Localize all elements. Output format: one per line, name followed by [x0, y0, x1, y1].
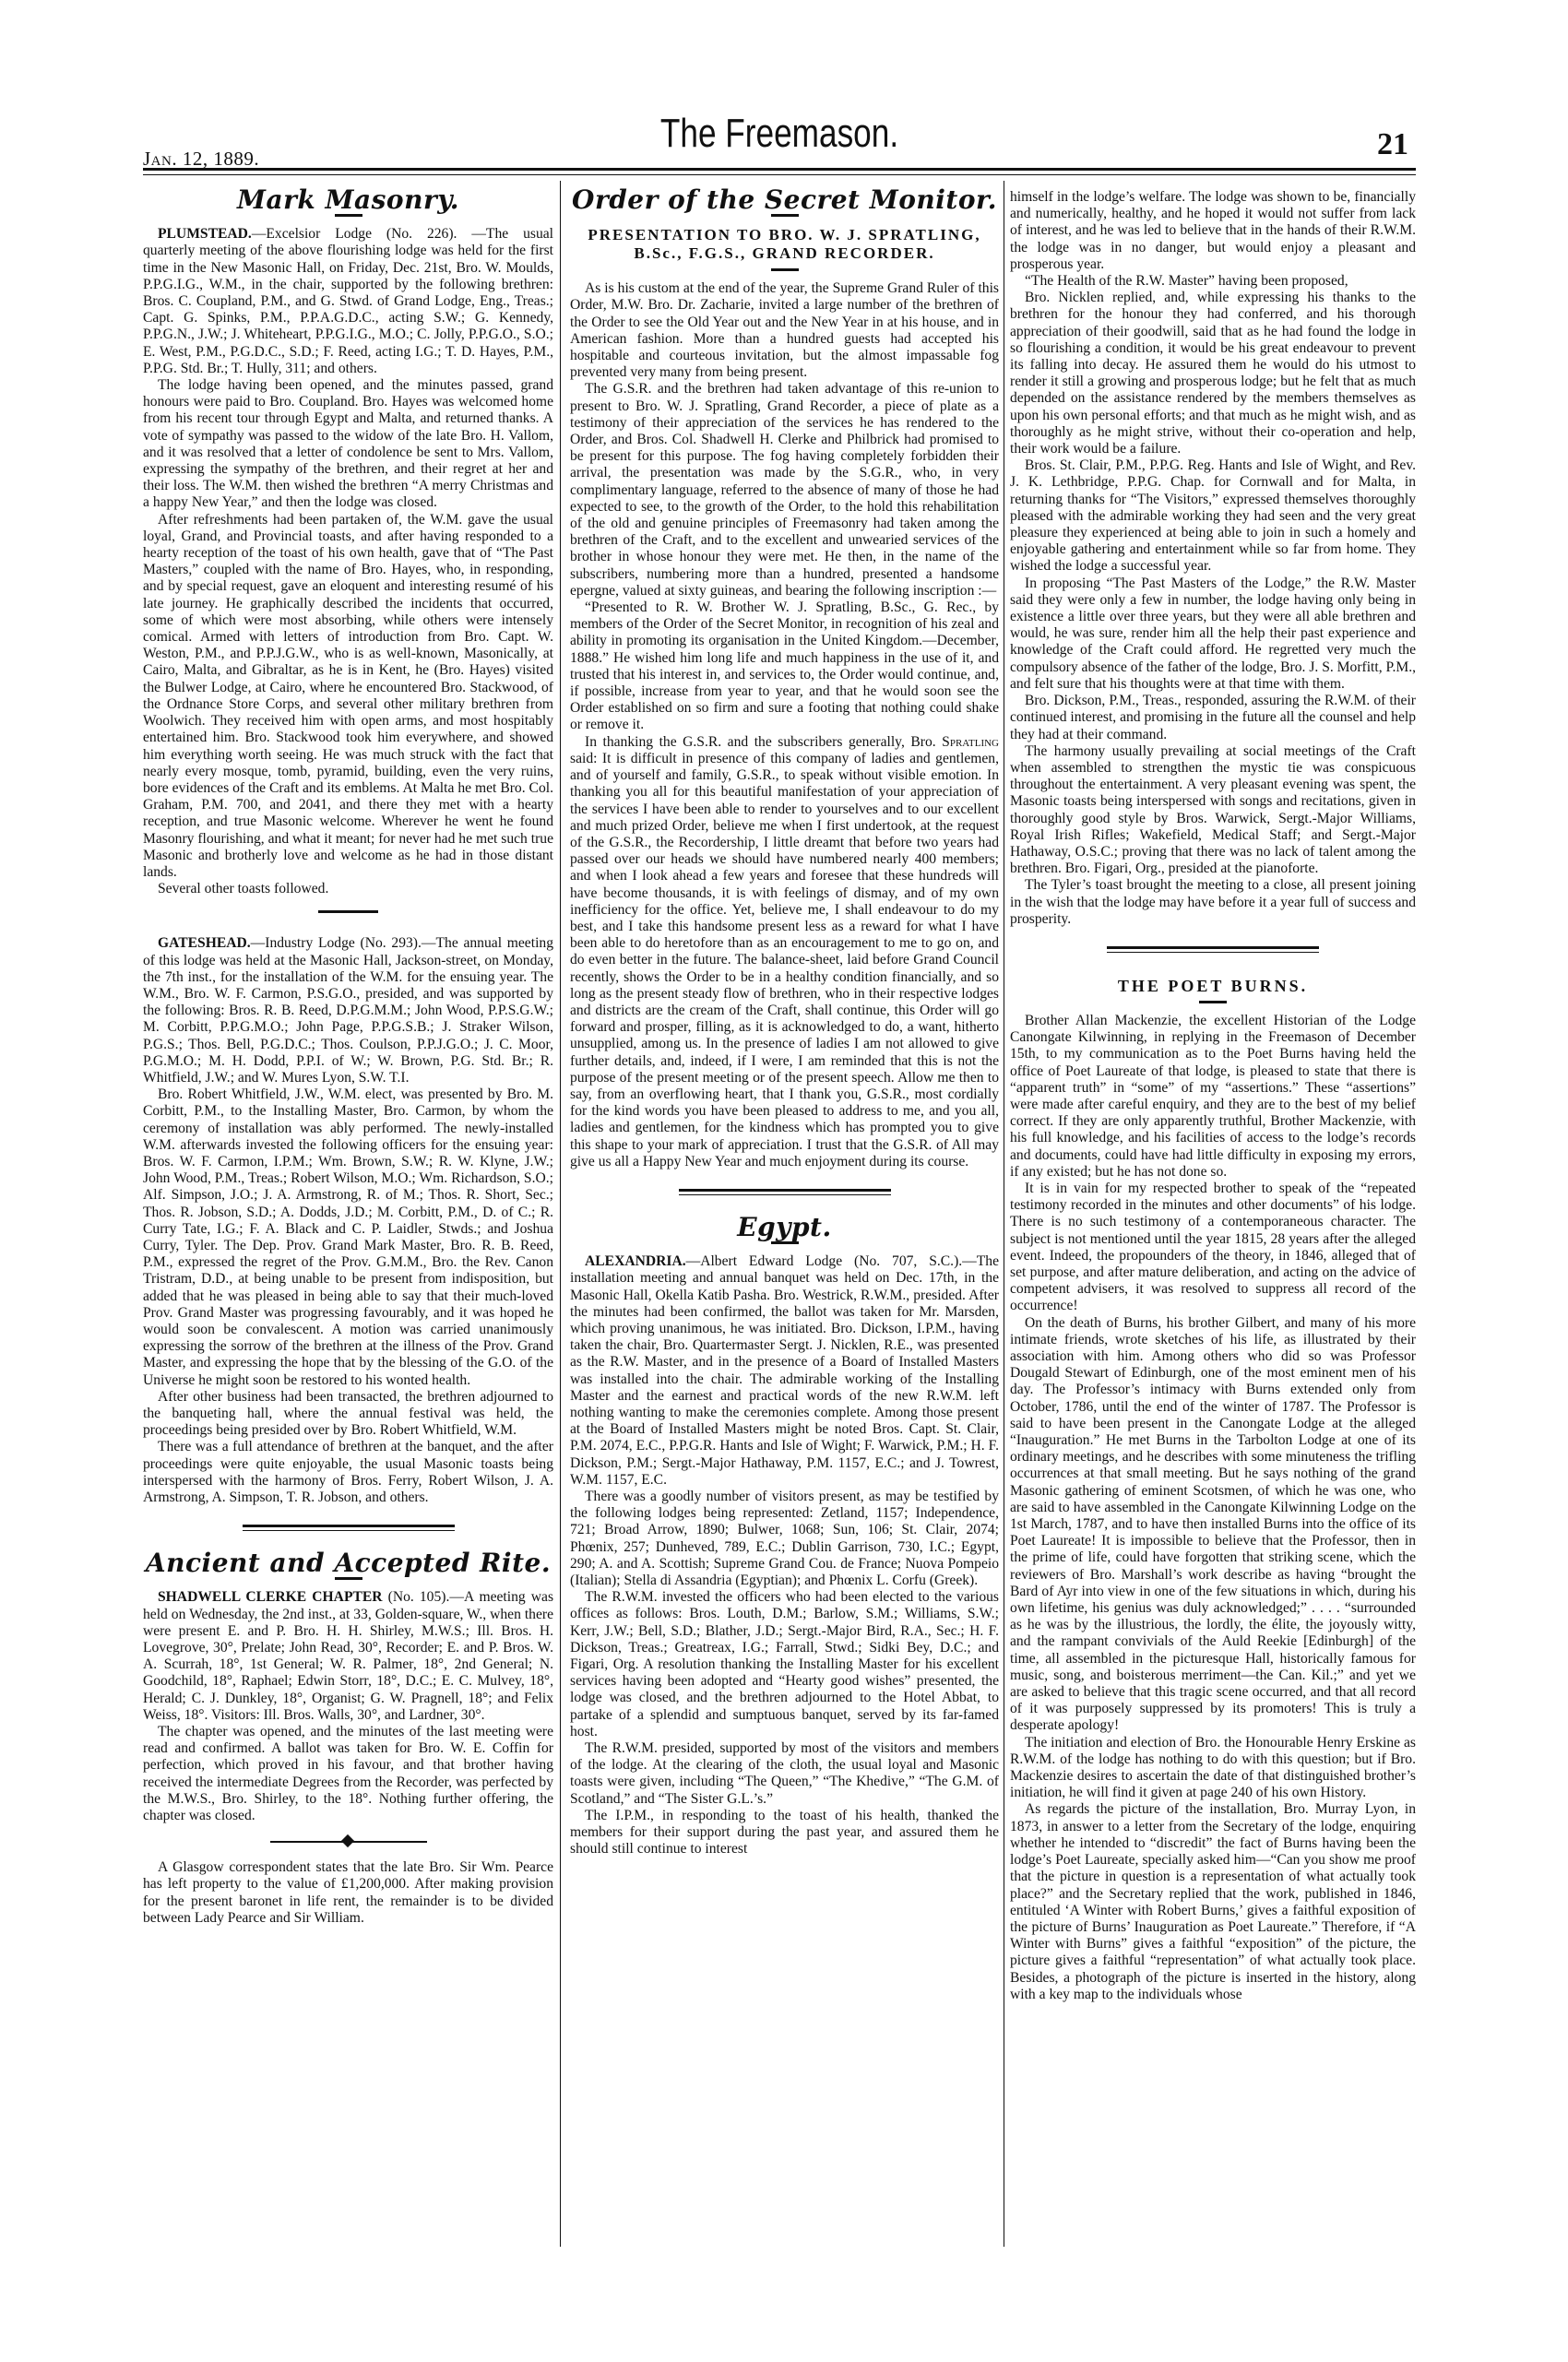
- paragraph: In thanking the G.S.R. and the subscribe…: [570, 734, 999, 1170]
- paragraph: The R.W.M. presided, supported by most o…: [570, 1740, 999, 1808]
- paragraph: The R.W.M. invested the officers who had…: [570, 1589, 999, 1740]
- paragraph: Brother Allan Mackenzie, the excellent H…: [1010, 1013, 1416, 1181]
- section-heading-poet-burns: THE POET BURNS.: [1010, 977, 1416, 995]
- paragraph: As regards the picture of the installati…: [1010, 1801, 1416, 2002]
- masthead-rule-thin: [143, 174, 1416, 175]
- speaker-name: Spratling: [942, 734, 999, 750]
- paragraph: On the death of Burns, his brother Gilbe…: [1010, 1315, 1416, 1735]
- paragraph: The I.P.M., in responding to the toast o…: [570, 1808, 999, 1858]
- paragraph: Bro. Dickson, P.M., Treas., responded, a…: [1010, 693, 1416, 743]
- paragraph: Several other toasts followed.: [143, 881, 553, 897]
- section-heading-ancient-accepted-rite: Ancient and Accepted Rite.: [143, 1555, 553, 1572]
- section-separator: [243, 1525, 455, 1531]
- paragraph: In proposing “The Past Masters of the Lo…: [1010, 576, 1416, 693]
- paragraph: Bros. St. Clair, P.M., P.P.G. Reg. Hants…: [1010, 457, 1416, 575]
- heading-dash: [1199, 1001, 1227, 1003]
- dateline: PLUMSTEAD.: [158, 226, 252, 242]
- article-separator: [318, 910, 378, 913]
- newspaper-page: Jan. 12, 1889. The Freemason. 21 Mark Ma…: [0, 0, 1568, 2362]
- dateline: ALEXANDRIA.: [585, 1253, 686, 1269]
- column-3: himself in the lodge’s welfare. The lodg…: [1010, 189, 1416, 2003]
- article-gateshead: GATESHEAD.—Industry Lodge (No. 293).—The…: [143, 935, 553, 1086]
- section-heading-secret-monitor: Order of the Secret Monitor.: [570, 192, 999, 208]
- paragraph: It is in vain for my respected brother t…: [1010, 1181, 1416, 1315]
- paragraph: The chapter was opened, and the minutes …: [143, 1724, 553, 1824]
- page-number: 21: [1377, 127, 1408, 162]
- paragraph: Bro. Robert Whitfield, J.W., W.M. elect,…: [143, 1086, 553, 1389]
- paragraph: The Tyler’s toast brought the meeting to…: [1010, 877, 1416, 928]
- newspaper-title: The Freemason.: [270, 111, 1289, 157]
- masthead: Jan. 12, 1889. The Freemason. 21: [143, 111, 1416, 168]
- article-headline-presentation: PRESENTATION TO BRO. W. J. SPRATLING, B.…: [570, 226, 999, 263]
- column-1: Mark Masonry. PLUMSTEAD.—Excelsior Lodge…: [143, 184, 553, 1927]
- paragraph: After refreshments had been partaken of,…: [143, 512, 553, 881]
- column-divider: [560, 181, 561, 2247]
- paragraph: As is his custom at the end of the year,…: [570, 280, 999, 381]
- paragraph-continued: himself in the lodge’s welfare. The lodg…: [1010, 189, 1416, 273]
- paragraph: “The Health of the R.W. Master” having b…: [1010, 273, 1416, 290]
- heading-dash: [771, 268, 799, 271]
- section-heading-egypt: Egypt.: [570, 1219, 999, 1236]
- dateline: SHADWELL CLERKE CHAPTER: [158, 1589, 383, 1605]
- dateline: GATESHEAD.: [158, 935, 251, 951]
- article-alexandria: ALEXANDRIA.—Albert Edward Lodge (No. 707…: [570, 1253, 999, 1489]
- masthead-rule: [143, 168, 1416, 171]
- paragraph: The harmony usually prevailing at social…: [1010, 743, 1416, 878]
- article-glasgow: A Glasgow correspondent states that the …: [143, 1859, 553, 1927]
- paragraph: After other business had been transacted…: [143, 1389, 553, 1440]
- paragraph: “Presented to R. W. Brother W. J. Spratl…: [570, 599, 999, 734]
- section-heading-mark-masonry: Mark Masonry.: [143, 192, 553, 208]
- article-shadwell-clerke: SHADWELL CLERKE CHAPTER (No. 105).—A mee…: [143, 1589, 553, 1724]
- paragraph: The initiation and election of Bro. the …: [1010, 1735, 1416, 1802]
- paragraph: There was a goodly number of visitors pr…: [570, 1489, 999, 1589]
- column-2: Order of the Secret Monitor. PRESENTATIO…: [570, 184, 999, 1858]
- paragraph: Bro. Nicklen replied, and, while express…: [1010, 290, 1416, 457]
- paragraph: There was a full attendance of brethren …: [143, 1439, 553, 1506]
- ornament-divider: [270, 1841, 427, 1843]
- section-separator: [679, 1189, 891, 1195]
- paragraph: The G.S.R. and the brethren had taken ad…: [570, 381, 999, 599]
- section-separator: [1107, 946, 1319, 953]
- article-plumstead: PLUMSTEAD.—Excelsior Lodge (No. 226). —T…: [143, 226, 553, 377]
- paragraph: The lodge having been opened, and the mi…: [143, 377, 553, 512]
- column-divider: [1004, 181, 1004, 2247]
